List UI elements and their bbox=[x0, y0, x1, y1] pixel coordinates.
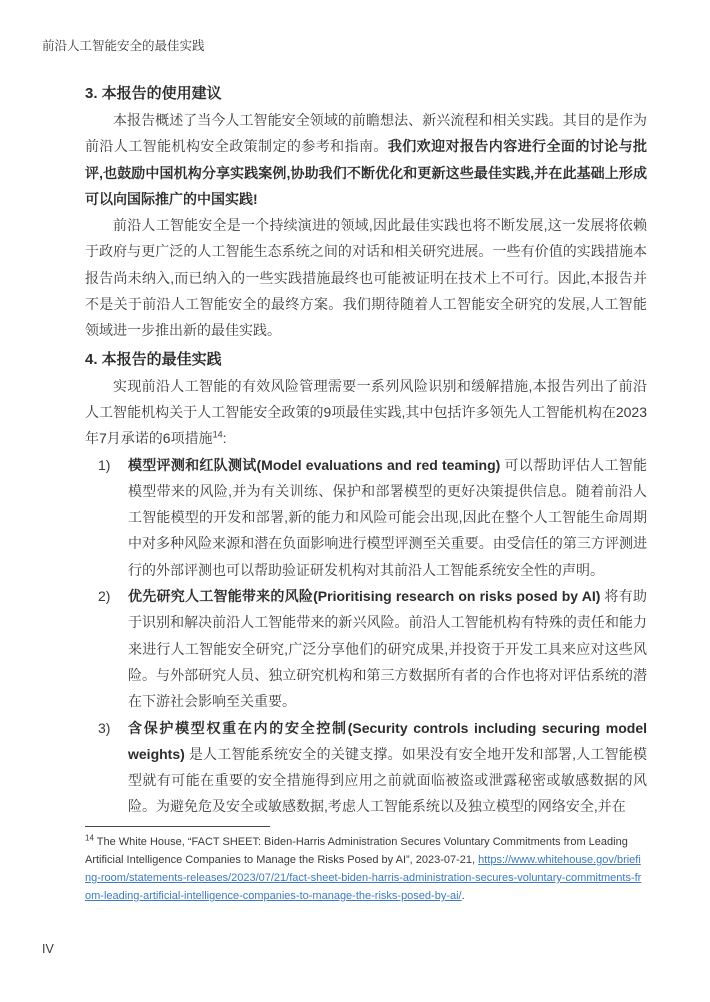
list-item-number: 2) bbox=[85, 583, 128, 714]
running-header: 前沿人工智能安全的最佳实践 bbox=[42, 38, 205, 54]
list-item-bold-lead: 优先研究人工智能带来的风险(Prioritising research on r… bbox=[128, 588, 600, 604]
paragraph-text: : bbox=[223, 430, 227, 446]
document-page: 前沿人工智能安全的最佳实践 3. 本报告的使用建议 本报告概述了当今人工智能安全… bbox=[0, 0, 710, 1002]
list-item-number: 3) bbox=[85, 715, 128, 820]
list-item-body-text: 将有助于识别和解决前沿人工智能带来的新兴风险。前沿人工智能机构有特殊的责任和能力… bbox=[128, 588, 647, 709]
section-3-paragraph-2: 前沿人工智能安全是一个持续演进的领域,因此最佳实践也将不断发展,这一发展将依赖于… bbox=[85, 212, 647, 343]
section-3-heading: 3. 本报告的使用建议 bbox=[85, 84, 647, 104]
list-item-text: 模型评测和红队测试(Model evaluations and red team… bbox=[128, 452, 647, 583]
section-3-paragraph-1: 本报告概述了当今人工智能安全领域的前瞻想法、新兴流程和相关实践。其目的是作为前沿… bbox=[85, 107, 647, 212]
section-4-intro-paragraph: 实现前沿人工智能的有效风险管理需要一系列风险识别和缓解措施,本报告列出了前沿人工… bbox=[85, 373, 647, 452]
list-item-body-text: 可以帮助评估人工智能模型带来的风险,并为有关训练、保护和部署模型的更好决策提供信… bbox=[128, 457, 647, 578]
footnote-text: 14 The White House, “FACT SHEET: Biden-H… bbox=[85, 833, 645, 905]
paragraph-text: 实现前沿人工智能的有效风险管理需要一系列风险识别和缓解措施,本报告列出了前沿人工… bbox=[85, 378, 647, 447]
list-item: 2) 优先研究人工智能带来的风险(Prioritising research o… bbox=[85, 583, 647, 714]
section-4-heading: 4. 本报告的最佳实践 bbox=[85, 350, 647, 370]
footnote-period: . bbox=[462, 890, 465, 902]
footnote: 14 The White House, “FACT SHEET: Biden-H… bbox=[85, 826, 645, 905]
list-item-text: 含保护模型权重在内的安全控制(Security controls includi… bbox=[128, 715, 647, 820]
page-number: IV bbox=[42, 941, 54, 957]
list-item-bold-lead: 模型评测和红队测试(Model evaluations and red team… bbox=[128, 457, 500, 473]
list-item: 1) 模型评测和红队测试(Model evaluations and red t… bbox=[85, 452, 647, 583]
best-practices-list: 1) 模型评测和红队测试(Model evaluations and red t… bbox=[85, 452, 647, 820]
list-item-body-text: 是人工智能系统安全的关键支撑。如果没有安全地开发和部署,人工智能模型就有可能在重… bbox=[128, 746, 647, 815]
list-item-text: 优先研究人工智能带来的风险(Prioritising research on r… bbox=[128, 583, 647, 714]
footnote-marker: 14 bbox=[85, 833, 94, 842]
list-item: 3) 含保护模型权重在内的安全控制(Security controls incl… bbox=[85, 715, 647, 820]
list-item-number: 1) bbox=[85, 452, 128, 583]
footnote-separator bbox=[85, 826, 270, 827]
footnote-reference[interactable]: 14 bbox=[213, 430, 223, 440]
page-content: 3. 本报告的使用建议 本报告概述了当今人工智能安全领域的前瞻想法、新兴流程和相… bbox=[85, 84, 647, 820]
